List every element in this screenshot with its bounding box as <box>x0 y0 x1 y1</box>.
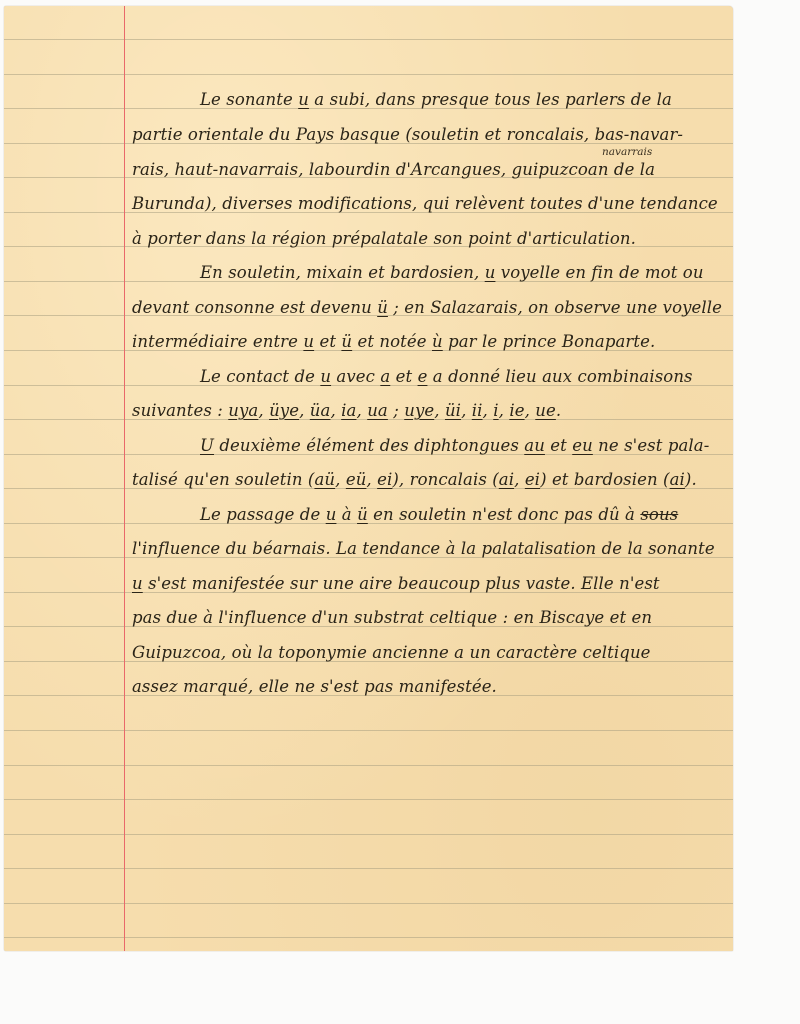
text-segment: ) et bardosien ( <box>540 470 670 489</box>
underlined-form: u <box>326 505 337 524</box>
underlined-form: uya <box>228 401 258 420</box>
text-segment: Burunda), diverses modifications, qui re… <box>132 194 718 213</box>
underlined-form: U <box>200 436 214 455</box>
text-segment: , <box>330 401 341 420</box>
text-segment: Guipuzcoa, où la toponymie ancienne a un… <box>132 643 651 662</box>
underlined-form: ei <box>525 470 540 489</box>
text-segment: , <box>299 401 310 420</box>
text-segment: à porter dans la région prépalatale son … <box>132 229 636 248</box>
underlined-form: u <box>132 574 143 593</box>
underlined-form: ie <box>509 401 524 420</box>
underlined-form: ü <box>377 298 388 317</box>
text-segment: et <box>545 436 572 455</box>
underlined-form: ia <box>341 401 356 420</box>
text-segment: pas due à l'influence d'un substrat celt… <box>132 608 652 627</box>
text-segment: devant consonne est devenu <box>132 298 377 317</box>
text-segment: l'influence du béarnais. La tendance à l… <box>132 539 715 558</box>
text-line: Burunda), diverses modifications, qui re… <box>132 194 718 214</box>
text-segment: , <box>483 401 494 420</box>
text-segment: et notée <box>352 332 432 351</box>
text-segment: En souletin, mixain et bardosien, <box>200 263 485 282</box>
text-segment: . <box>556 401 561 420</box>
manuscript-page: Le sonante u a subi, dans presque tous l… <box>4 6 733 951</box>
underlined-form: ai <box>670 470 685 489</box>
ruled-line <box>4 799 733 800</box>
text-segment: ; <box>388 401 404 420</box>
ruled-line <box>4 765 733 766</box>
ruled-line <box>4 834 733 835</box>
ruled-line <box>4 39 733 40</box>
text-segment: , <box>514 470 525 489</box>
underlined-form: u <box>320 367 331 386</box>
underlined-form: ü <box>357 505 368 524</box>
underlined-form: aü <box>314 470 335 489</box>
ruled-line <box>4 730 733 731</box>
text-line: Guipuzcoa, où la toponymie ancienne a un… <box>132 643 651 663</box>
text-segment: , <box>258 401 269 420</box>
struck-word: sous <box>640 505 678 524</box>
text-segment: suivantes : <box>132 401 228 420</box>
text-segment: ), roncalais ( <box>392 470 498 489</box>
underlined-form: u <box>303 332 314 351</box>
text-segment: Le sonante <box>200 90 298 109</box>
text-line: Le passage de u à ü en souletin n'est do… <box>200 505 678 525</box>
text-segment: avec <box>331 367 380 386</box>
text-line: Le sonante u a subi, dans presque tous l… <box>200 90 672 110</box>
underlined-form: üi <box>445 401 461 420</box>
text-line: u s'est manifestée sur une aire beaucoup… <box>132 574 660 594</box>
underlined-form: üye <box>269 401 299 420</box>
text-line: talisé qu'en souletin (aü, eü, ei), ronc… <box>132 470 697 490</box>
underlined-form: ei <box>377 470 392 489</box>
text-segment: ne s'est pala- <box>593 436 710 455</box>
text-segment: partie orientale du Pays basque (souleti… <box>132 125 683 144</box>
text-segment: Le contact de <box>200 367 320 386</box>
underlined-form: ii <box>472 401 483 420</box>
ruled-line <box>4 74 733 75</box>
text-segment: intermédiaire entre <box>132 332 303 351</box>
underlined-form: a <box>380 367 390 386</box>
text-segment: s'est manifestée sur une aire beaucoup p… <box>143 574 660 593</box>
text-line: devant consonne est devenu ü ; en Salaza… <box>132 298 722 318</box>
underlined-form: ai <box>499 470 514 489</box>
red-margin-line <box>124 6 125 951</box>
ruled-line <box>4 868 733 869</box>
underlined-form: ü <box>341 332 352 351</box>
underlined-form: ù <box>432 332 443 351</box>
text-line: assez marqué, elle ne s'est pas manifest… <box>132 677 497 697</box>
underlined-form: e <box>418 367 428 386</box>
text-segment: à <box>336 505 357 524</box>
text-line: En souletin, mixain et bardosien, u voye… <box>200 263 704 283</box>
text-segment: voyelle en fin de mot ou <box>495 263 703 282</box>
text-segment: , <box>357 401 368 420</box>
text-line: à porter dans la région prépalatale son … <box>132 229 636 249</box>
underlined-form: u <box>298 90 309 109</box>
underlined-form: u <box>485 263 496 282</box>
underlined-form: au <box>524 436 545 455</box>
text-segment: , <box>366 470 377 489</box>
text-segment: a subi, dans presque tous les parlers de… <box>309 90 672 109</box>
text-segment: talisé qu'en souletin ( <box>132 470 314 489</box>
insertion-note: navarrais <box>602 146 652 158</box>
text-line: l'influence du béarnais. La tendance à l… <box>132 539 715 559</box>
underlined-form: ua <box>367 401 388 420</box>
underlined-form: eu <box>572 436 593 455</box>
text-segment: , <box>434 401 445 420</box>
underlined-form: ue <box>535 401 556 420</box>
ruled-line <box>4 903 733 904</box>
text-line: Le contact de u avec a et e a donné lieu… <box>200 367 693 387</box>
text-segment: ). <box>685 470 697 489</box>
text-segment: , <box>461 401 472 420</box>
text-segment: deuxième élément des diphtongues <box>214 436 524 455</box>
underlined-form: uye <box>404 401 434 420</box>
text-segment: en souletin n'est donc pas dû à <box>368 505 641 524</box>
text-line: U deuxième élément des diphtongues au et… <box>200 436 709 456</box>
text-segment: par le prince Bonaparte. <box>443 332 656 351</box>
text-segment: , <box>499 401 510 420</box>
text-line: rais, haut-navarrais, labourdin d'Arcang… <box>132 160 655 180</box>
text-line: partie orientale du Pays basque (souleti… <box>132 125 683 145</box>
text-segment: et <box>314 332 341 351</box>
underlined-form: üa <box>310 401 331 420</box>
text-segment: ; en Salazarais, on observe une voyelle <box>388 298 722 317</box>
text-segment: , <box>335 470 346 489</box>
text-line: intermédiaire entre u et ü et notée ù pa… <box>132 332 655 352</box>
text-line: suivantes : uya, üye, üa, ia, ua ; uye, … <box>132 401 561 421</box>
text-segment: , <box>525 401 536 420</box>
text-segment: et <box>390 367 417 386</box>
ruled-line <box>4 937 733 938</box>
text-segment: rais, haut-navarrais, labourdin d'Arcang… <box>132 160 655 179</box>
underlined-form: eü <box>346 470 367 489</box>
text-segment: a donné lieu aux combinaisons <box>427 367 692 386</box>
text-segment: Le passage de <box>200 505 326 524</box>
text-line: pas due à l'influence d'un substrat celt… <box>132 608 652 628</box>
text-segment: assez marqué, elle ne s'est pas manifest… <box>132 677 497 696</box>
